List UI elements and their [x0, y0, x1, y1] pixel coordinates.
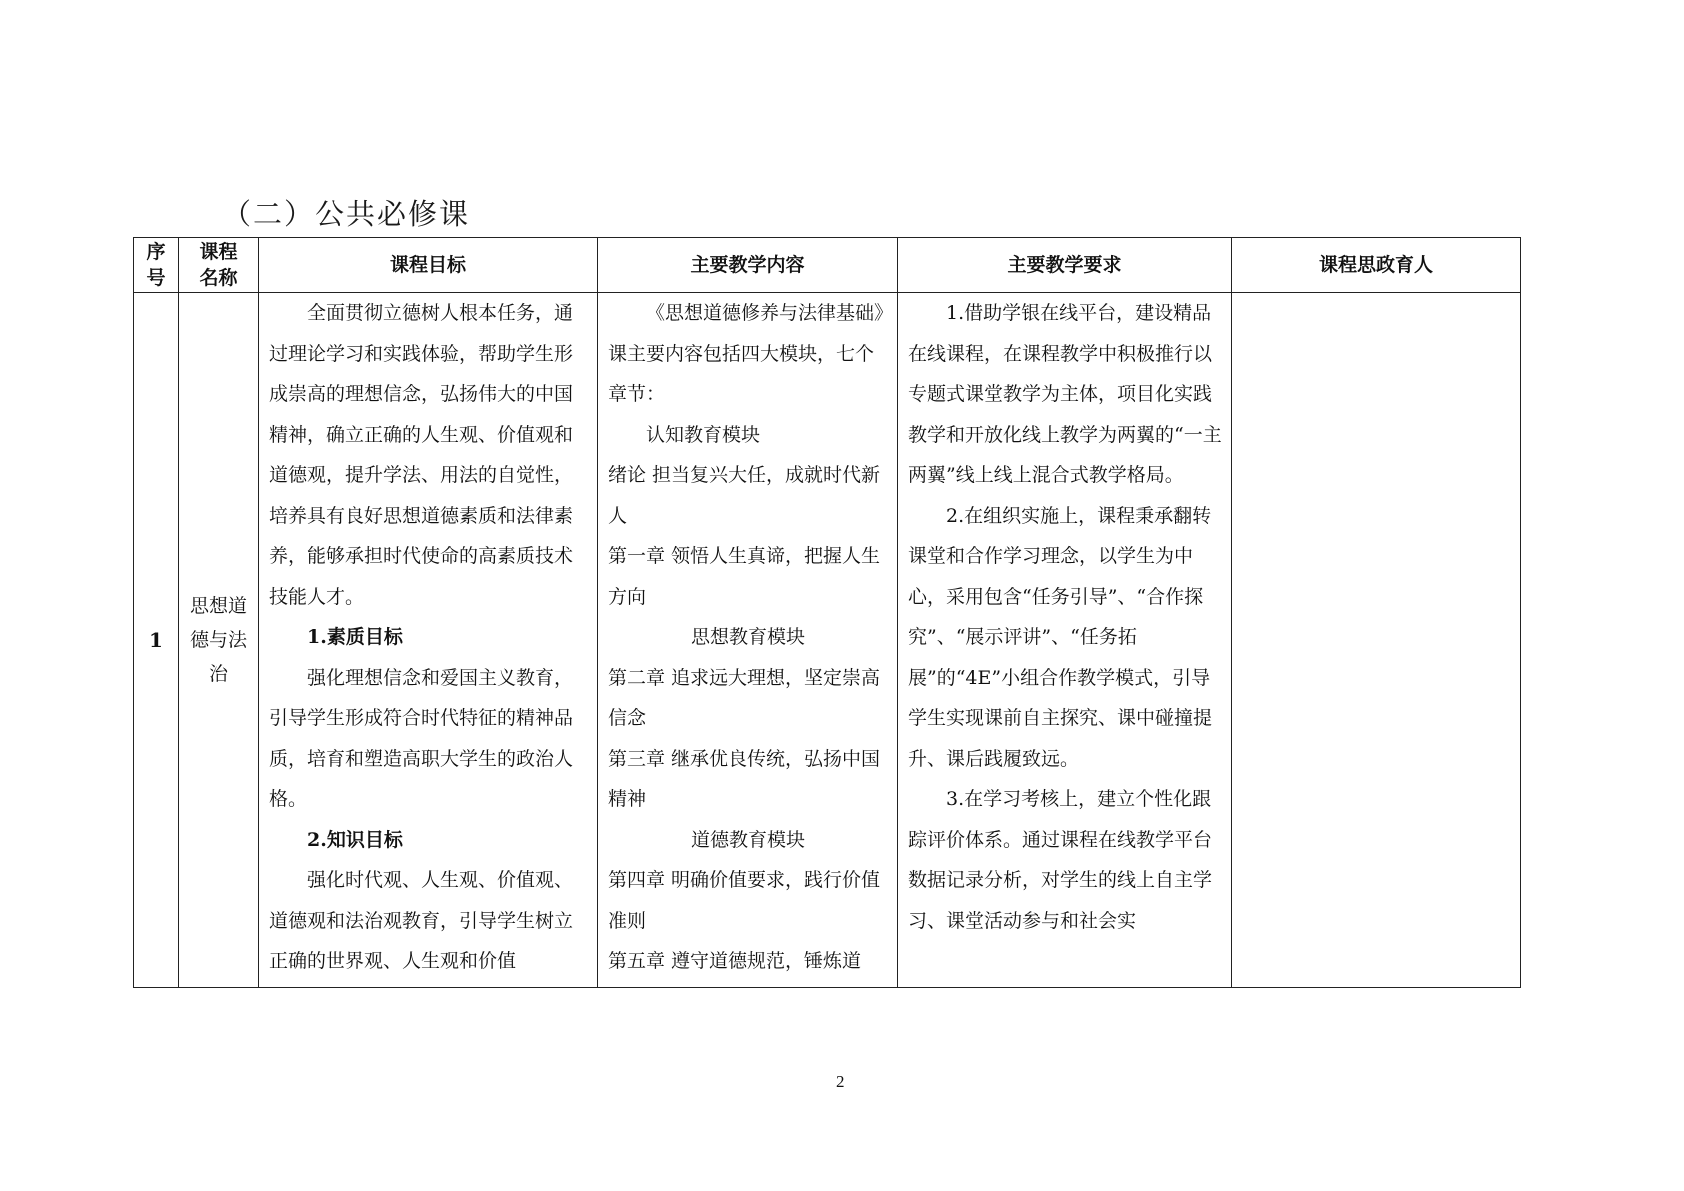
- page-number: 2: [836, 1072, 845, 1092]
- paragraph: 第三章 继承优良传统，弘扬中国精神: [608, 739, 888, 820]
- header-ideological: 课程思政育人: [1232, 238, 1521, 293]
- header-seq: 序号: [134, 238, 179, 293]
- paragraph: 强化理想信念和爱国主义教育，引导学生形成符合时代特征的精神品质，培育和塑造高职大…: [269, 658, 588, 820]
- cell-ideological: [1232, 293, 1521, 988]
- seq-number: 1: [149, 628, 163, 652]
- table-row: 1 思想道德与法治 全面贯彻立德树人根本任务，通过理论学习和实践体验，帮助学生形…: [134, 293, 1521, 988]
- paragraph: 道德教育模块: [608, 820, 888, 861]
- paragraph: 强化时代观、人生观、价值观、道德观和法治观教育，引导学生树立正确的世界观、人生观…: [269, 860, 588, 982]
- paragraph: 第二章 追求远大理想，坚定崇高信念: [608, 658, 888, 739]
- table-header-row: 序号 课程名称 课程目标 主要教学内容 主要教学要求 课程思政育人: [134, 238, 1521, 293]
- cell-requirements: 1.借助学银在线平台，建设精品在线课程，在课程教学中积极推行以专题式课堂教学为主…: [898, 293, 1232, 988]
- paragraph: 2.在组织实施上，课程秉承翻转课堂和合作学习理念，以学生为中心，采用包含“任务引…: [908, 496, 1222, 780]
- content-text: 《思想道德修养与法律基础》课主要内容包括四大模块，七个章节：认知教育模块绪论 担…: [598, 293, 897, 987]
- paragraph: 绪论 担当复兴大任，成就时代新人: [608, 455, 888, 536]
- header-content: 主要教学内容: [598, 238, 898, 293]
- cell-objectives: 全面贯彻立德树人根本任务，通过理论学习和实践体验，帮助学生形成崇高的理想信念，弘…: [259, 293, 598, 988]
- course-name: 思想道德与法治: [179, 589, 258, 691]
- course-table: 序号 课程名称 课程目标 主要教学内容 主要教学要求 课程思政育人 1 思想道德…: [133, 237, 1521, 988]
- paragraph: 第四章 明确价值要求，践行价值准则: [608, 860, 888, 941]
- header-requirements: 主要教学要求: [898, 238, 1232, 293]
- header-course-name: 课程名称: [179, 238, 259, 293]
- requirements-text: 1.借助学银在线平台，建设精品在线课程，在课程教学中积极推行以专题式课堂教学为主…: [898, 293, 1231, 987]
- paragraph: 《思想道德修养与法律基础》课主要内容包括四大模块，七个章节：: [608, 293, 888, 415]
- paragraph: 2.知识目标: [269, 820, 588, 861]
- section-title: （二）公共必修课: [222, 192, 470, 233]
- objectives-text: 全面贯彻立德树人根本任务，通过理论学习和实践体验，帮助学生形成崇高的理想信念，弘…: [259, 293, 597, 987]
- paragraph: 1.借助学银在线平台，建设精品在线课程，在课程教学中积极推行以专题式课堂教学为主…: [908, 293, 1222, 496]
- cell-course-name: 思想道德与法治: [179, 293, 259, 988]
- paragraph: 3.在学习考核上，建立个性化跟踪评价体系。通过课程在线教学平台数据记录分析，对学…: [908, 779, 1222, 941]
- header-objectives: 课程目标: [259, 238, 598, 293]
- cell-content: 《思想道德修养与法律基础》课主要内容包括四大模块，七个章节：认知教育模块绪论 担…: [598, 293, 898, 988]
- cell-seq: 1: [134, 293, 179, 988]
- paragraph: 认知教育模块: [608, 415, 888, 456]
- paragraph: 第一章 领悟人生真谛，把握人生方向: [608, 536, 888, 617]
- paragraph: 思想教育模块: [608, 617, 888, 658]
- ideological-text: [1232, 293, 1520, 987]
- paragraph: 1.素质目标: [269, 617, 588, 658]
- paragraph: 全面贯彻立德树人根本任务，通过理论学习和实践体验，帮助学生形成崇高的理想信念，弘…: [269, 293, 588, 617]
- paragraph: 第五章 遵守道德规范，锤炼道: [608, 941, 888, 982]
